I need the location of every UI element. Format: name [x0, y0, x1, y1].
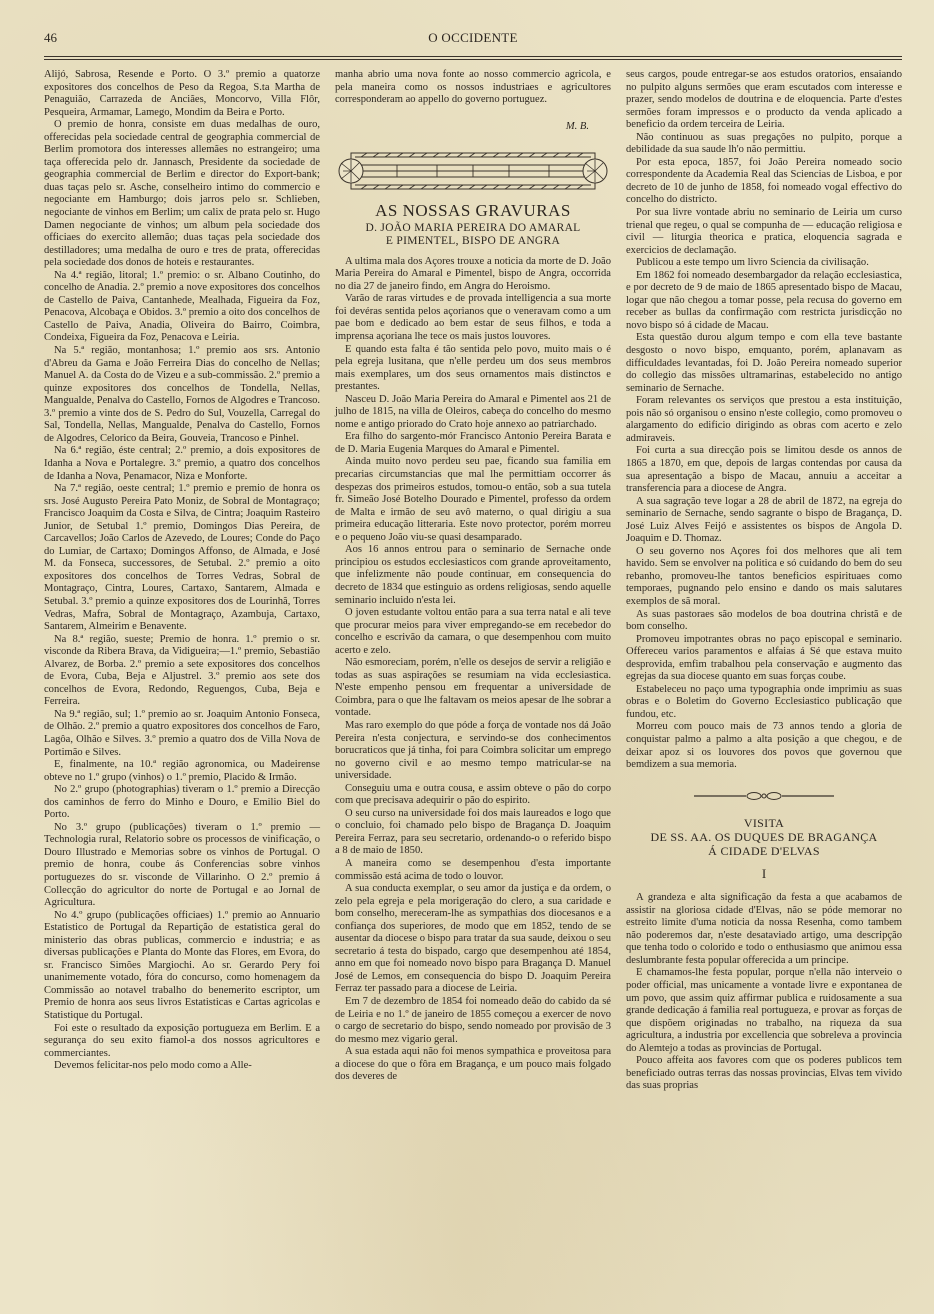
paragraph: O premio de honra, consiste em duas meda… — [44, 119, 320, 270]
column-1: Alijó, Sabrosa, Resende e Porto. O 3.º p… — [44, 69, 320, 1093]
paragraph: Ainda muito novo perdeu seu pae, ficando… — [335, 456, 611, 544]
paragraph: E quando esta falta é tão sentida pelo p… — [335, 344, 611, 394]
paragraph: Promoveu impotrantes obras no paço episc… — [626, 634, 902, 684]
column-3: seus cargos, poude entregar-se aos estud… — [626, 69, 902, 1093]
paragraph: A sua conducta exemplar, o seu amor da j… — [335, 883, 611, 996]
paragraph: E chamamos-lhe festa popular, porque n'e… — [626, 967, 902, 1055]
header-rule — [44, 56, 902, 60]
paragraph: Morreu com pouco mais de 73 annos tendo … — [626, 721, 902, 771]
paragraph: Conseguiu uma e outra cousa, e assim obt… — [335, 783, 611, 808]
paragraph: Aos 16 annos entrou para o seminario de … — [335, 544, 611, 607]
paragraph: Foi curta a sua direcção pois se limitou… — [626, 445, 902, 495]
paragraph: Era filho do sargento-mór Francisco Anto… — [335, 431, 611, 456]
paragraph: Na 6.ª região, éste central; 2.º premio,… — [44, 445, 320, 483]
paragraph: manha abrio uma nova fonte ao nosso comm… — [335, 69, 611, 107]
paragraph: Foram relevantes os serviços que prestou… — [626, 395, 902, 445]
visit-article-title: VISITA DE SS. AA. OS DUQUES DE BRAGANÇA … — [626, 816, 902, 858]
chapter-number: I — [626, 868, 902, 881]
paragraph: Foi este o resultado da exposição portug… — [44, 1023, 320, 1061]
paragraph: A sua sagração teve logar a 28 de abril … — [626, 496, 902, 546]
paragraph: Na 4.ª região, litoral; 1.º premio: o sr… — [44, 270, 320, 345]
paragraph: Devemos felicitar-nos pelo modo como a A… — [44, 1060, 320, 1073]
paragraph: Na 7.ª região, oeste central; 1.º premio… — [44, 483, 320, 634]
paragraph: Esta questão durou algum tempo e com ell… — [626, 332, 902, 395]
paragraph: E, finalmente, na 10.ª região agronomica… — [44, 759, 320, 784]
paragraph: Pouco affeita aos favores com que os pod… — [626, 1055, 902, 1093]
paragraph: A grandeza e alta significação da festa … — [626, 892, 902, 967]
paragraph: Na 8.ª região, sueste; Premio de honra. … — [44, 634, 320, 709]
paragraph: No 4.º grupo (publicações officiaes) 1.º… — [44, 910, 320, 1023]
paragraph: Não esmoreciam, porém, n'elle os desejos… — [335, 657, 611, 720]
paragraph: Em 7 de dezembro de 1854 foi nomeado deã… — [335, 996, 611, 1046]
paragraph: seus cargos, poude entregar-se aos estud… — [626, 69, 902, 132]
page-header: 46 O OCCIDENTE — [44, 28, 902, 50]
section-subtitle: D. JOÃO MARIA PEREIRA DO AMARAL E PIMENT… — [335, 222, 611, 248]
running-title: O OCCIDENTE — [44, 30, 902, 46]
subtitle-line: D. JOÃO MARIA PEREIRA DO AMARAL — [335, 222, 611, 235]
section-title: AS NOSSAS GRAVURAS — [335, 205, 611, 218]
subtitle-line: E PIMENTEL, BISPO DE ANGRA — [335, 235, 611, 248]
paragraph: No 3.º grupo (publicações) tiveram o 1.º… — [44, 822, 320, 910]
paragraph: As suas pastoraes são modelos de boa dou… — [626, 609, 902, 634]
paragraph: O seu curso na universidade foi dos mais… — [335, 808, 611, 858]
paragraph: O seu governo nos Açores foi dos melhore… — [626, 546, 902, 609]
paragraph: Estabeleceu no paço uma typographia onde… — [626, 684, 902, 722]
title-line: DE SS. AA. OS DUQUES DE BRAGANÇA — [626, 830, 902, 844]
author-signature: M. B. — [335, 121, 589, 134]
paragraph: Na 5.ª região, montanhosa; 1.º premio ao… — [44, 345, 320, 445]
paragraph: A ultima mala dos Açores trouxe a notici… — [335, 256, 611, 294]
paragraph: Publicou a este tempo um livro Sciencia … — [626, 257, 902, 270]
paragraph: Por sua livre vontade abriu no seminario… — [626, 207, 902, 257]
paragraph: O joven estudante voltou então para a su… — [335, 607, 611, 657]
paragraph: Na 9.ª região, sul; 1.º premio ao sr. Jo… — [44, 709, 320, 759]
ornamental-divider-icon — [694, 790, 834, 802]
column-2: manha abrio uma nova fonte ao nosso comm… — [335, 69, 611, 1093]
paragraph: Varão de raras virtudes e de provada int… — [335, 293, 611, 343]
paragraph: Em 1862 foi nomeado desembargador da rel… — [626, 270, 902, 333]
ornamental-header-band-icon — [337, 147, 609, 195]
title-line: VISITA — [626, 816, 902, 830]
paragraph: Mas raro exemplo do que póde a força de … — [335, 720, 611, 783]
paragraph: Por esta epoca, 1857, foi João Pereira n… — [626, 157, 902, 207]
paragraph: A maneira como se desempenhou d'esta imp… — [335, 858, 611, 883]
columns: Alijó, Sabrosa, Resende e Porto. O 3.º p… — [44, 69, 902, 1093]
paragraph: Nasceu D. João Maria Pereira do Amaral e… — [335, 394, 611, 432]
paragraph: Alijó, Sabrosa, Resende e Porto. O 3.º p… — [44, 69, 320, 119]
paragraph: A sua estada aqui não foi menos sympathi… — [335, 1046, 611, 1084]
paragraph: No 2.º grupo (photographias) tiveram o 1… — [44, 784, 320, 822]
paragraph: Não continuou as suas pregações no pulpi… — [626, 132, 902, 157]
newspaper-page: 46 O OCCIDENTE Alijó, Sabrosa, Resende e… — [44, 28, 902, 1093]
title-line: Á CIDADE D'ELVAS — [626, 844, 902, 858]
